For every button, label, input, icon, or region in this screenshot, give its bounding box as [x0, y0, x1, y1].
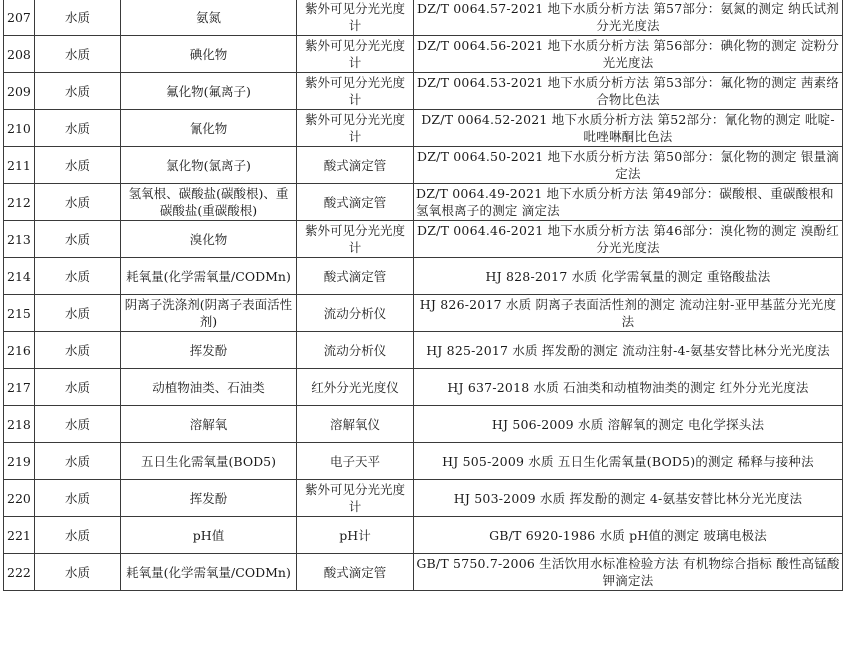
method-standard-cell: HJ 505-2009 水质 五日生化需氧量(BOD5)的测定 稀释与接种法 — [414, 443, 843, 480]
table-row: 221 水质 pH值 pH计 GB/T 6920-1986 水质 pH值的测定 … — [4, 517, 843, 554]
table-row: 212 水质 氢氧根、碳酸盐(碳酸根)、重碳酸盐(重碳酸根) 酸式滴定管 DZ/… — [4, 184, 843, 221]
category-cell: 水质 — [35, 147, 121, 184]
table-row: 218 水质 溶解氧 溶解氧仪 HJ 506-2009 水质 溶解氧的测定 电化… — [4, 406, 843, 443]
category-cell: 水质 — [35, 480, 121, 517]
row-number: 222 — [4, 554, 35, 591]
table-row: 213 水质 溴化物 紫外可见分光光度计 DZ/T 0064.46-2021 地… — [4, 221, 843, 258]
table-row: 210 水质 氰化物 紫外可见分光光度计 DZ/T 0064.52-2021 地… — [4, 110, 843, 147]
method-standard-cell: HJ 506-2009 水质 溶解氧的测定 电化学探头法 — [414, 406, 843, 443]
category-cell: 水质 — [35, 184, 121, 221]
row-number: 215 — [4, 295, 35, 332]
method-standard-cell: HJ 503-2009 水质 挥发酚的测定 4-氨基安替比林分光光度法 — [414, 480, 843, 517]
row-number: 217 — [4, 369, 35, 406]
test-item-cell: 挥发酚 — [121, 332, 297, 369]
test-item-cell: 溴化物 — [121, 221, 297, 258]
table-row: 215 水质 阴离子洗涤剂(阴离子表面活性剂) 流动分析仪 HJ 826-201… — [4, 295, 843, 332]
category-cell: 水质 — [35, 517, 121, 554]
test-item-cell: 氰化物 — [121, 110, 297, 147]
category-cell: 水质 — [35, 295, 121, 332]
test-item-cell: 动植物油类、石油类 — [121, 369, 297, 406]
table-row: 211 水质 氯化物(氯离子) 酸式滴定管 DZ/T 0064.50-2021 … — [4, 147, 843, 184]
table-row: 222 水质 耗氧量(化学需氧量/CODMn) 酸式滴定管 GB/T 5750.… — [4, 554, 843, 591]
instrument-cell: 流动分析仪 — [297, 295, 414, 332]
method-standard-cell: HJ 826-2017 水质 阴离子表面活性剂的测定 流动注射-亚甲基蓝分光光度… — [414, 295, 843, 332]
test-item-cell: 耗氧量(化学需氧量/CODMn) — [121, 258, 297, 295]
standards-table-body: 207 水质 氨氮 紫外可见分光光度计 DZ/T 0064.57-2021 地下… — [4, 0, 843, 591]
test-item-cell: 碘化物 — [121, 36, 297, 73]
method-standard-cell: DZ/T 0064.49-2021 地下水质分析方法 第49部分：碳酸根、重碳酸… — [414, 184, 843, 221]
method-standard-cell: HJ 825-2017 水质 挥发酚的测定 流动注射-4-氨基安替比林分光光度法 — [414, 332, 843, 369]
instrument-cell: 紫外可见分光光度计 — [297, 36, 414, 73]
row-number: 211 — [4, 147, 35, 184]
row-number: 209 — [4, 73, 35, 110]
table-row: 216 水质 挥发酚 流动分析仪 HJ 825-2017 水质 挥发酚的测定 流… — [4, 332, 843, 369]
table-row: 209 水质 氟化物(氟离子) 紫外可见分光光度计 DZ/T 0064.53-2… — [4, 73, 843, 110]
category-cell: 水质 — [35, 0, 121, 36]
instrument-cell: 紫外可见分光光度计 — [297, 480, 414, 517]
method-standard-cell: DZ/T 0064.53-2021 地下水质分析方法 第53部分：氟化物的测定 … — [414, 73, 843, 110]
test-item-cell: 耗氧量(化学需氧量/CODMn) — [121, 554, 297, 591]
instrument-cell: 酸式滴定管 — [297, 147, 414, 184]
instrument-cell: 紫外可见分光光度计 — [297, 221, 414, 258]
row-number: 210 — [4, 110, 35, 147]
instrument-cell: 溶解氧仪 — [297, 406, 414, 443]
method-standard-cell: DZ/T 0064.52-2021 地下水质分析方法 第52部分：氰化物的测定 … — [414, 110, 843, 147]
instrument-cell: 电子天平 — [297, 443, 414, 480]
instrument-cell: 紫外可见分光光度计 — [297, 110, 414, 147]
test-item-cell: 五日生化需氧量(BOD5) — [121, 443, 297, 480]
category-cell: 水质 — [35, 369, 121, 406]
table-row: 220 水质 挥发酚 紫外可见分光光度计 HJ 503-2009 水质 挥发酚的… — [4, 480, 843, 517]
category-cell: 水质 — [35, 73, 121, 110]
table-row: 219 水质 五日生化需氧量(BOD5) 电子天平 HJ 505-2009 水质… — [4, 443, 843, 480]
row-number: 208 — [4, 36, 35, 73]
category-cell: 水质 — [35, 110, 121, 147]
table-row: 214 水质 耗氧量(化学需氧量/CODMn) 酸式滴定管 HJ 828-201… — [4, 258, 843, 295]
row-number: 214 — [4, 258, 35, 295]
test-item-cell: pH值 — [121, 517, 297, 554]
row-number: 220 — [4, 480, 35, 517]
test-item-cell: 阴离子洗涤剂(阴离子表面活性剂) — [121, 295, 297, 332]
table-row: 208 水质 碘化物 紫外可见分光光度计 DZ/T 0064.56-2021 地… — [4, 36, 843, 73]
instrument-cell: 紫外可见分光光度计 — [297, 73, 414, 110]
row-number: 221 — [4, 517, 35, 554]
category-cell: 水质 — [35, 221, 121, 258]
row-number: 207 — [4, 0, 35, 36]
instrument-cell: 酸式滴定管 — [297, 258, 414, 295]
test-item-cell: 挥发酚 — [121, 480, 297, 517]
instrument-cell: 酸式滴定管 — [297, 184, 414, 221]
table-row: 217 水质 动植物油类、石油类 红外分光光度仪 HJ 637-2018 水质 … — [4, 369, 843, 406]
method-standard-cell: DZ/T 0064.46-2021 地下水质分析方法 第46部分：溴化物的测定 … — [414, 221, 843, 258]
category-cell: 水质 — [35, 332, 121, 369]
category-cell: 水质 — [35, 554, 121, 591]
row-number: 216 — [4, 332, 35, 369]
test-item-cell: 氨氮 — [121, 0, 297, 36]
category-cell: 水质 — [35, 443, 121, 480]
method-standard-cell: GB/T 5750.7-2006 生活饮用水标准检验方法 有机物综合指标 酸性高… — [414, 554, 843, 591]
instrument-cell: 流动分析仪 — [297, 332, 414, 369]
method-standard-cell: DZ/T 0064.56-2021 地下水质分析方法 第56部分：碘化物的测定 … — [414, 36, 843, 73]
method-standard-cell: DZ/T 0064.57-2021 地下水质分析方法 第57部分：氨氮的测定 纳… — [414, 0, 843, 36]
instrument-cell: 酸式滴定管 — [297, 554, 414, 591]
instrument-cell: 紫外可见分光光度计 — [297, 0, 414, 36]
method-standard-cell: HJ 637-2018 水质 石油类和动植物油类的测定 红外分光光度法 — [414, 369, 843, 406]
standards-table: 207 水质 氨氮 紫外可见分光光度计 DZ/T 0064.57-2021 地下… — [3, 0, 843, 591]
category-cell: 水质 — [35, 406, 121, 443]
table-row: 207 水质 氨氮 紫外可见分光光度计 DZ/T 0064.57-2021 地下… — [4, 0, 843, 36]
method-standard-cell: GB/T 6920-1986 水质 pH值的测定 玻璃电极法 — [414, 517, 843, 554]
method-standard-cell: HJ 828-2017 水质 化学需氧量的测定 重铬酸盐法 — [414, 258, 843, 295]
row-number: 213 — [4, 221, 35, 258]
test-item-cell: 氟化物(氟离子) — [121, 73, 297, 110]
instrument-cell: pH计 — [297, 517, 414, 554]
method-standard-cell: DZ/T 0064.50-2021 地下水质分析方法 第50部分：氯化物的测定 … — [414, 147, 843, 184]
test-item-cell: 氯化物(氯离子) — [121, 147, 297, 184]
instrument-cell: 红外分光光度仪 — [297, 369, 414, 406]
category-cell: 水质 — [35, 36, 121, 73]
row-number: 218 — [4, 406, 35, 443]
test-item-cell: 氢氧根、碳酸盐(碳酸根)、重碳酸盐(重碳酸根) — [121, 184, 297, 221]
row-number: 219 — [4, 443, 35, 480]
test-item-cell: 溶解氧 — [121, 406, 297, 443]
row-number: 212 — [4, 184, 35, 221]
category-cell: 水质 — [35, 258, 121, 295]
